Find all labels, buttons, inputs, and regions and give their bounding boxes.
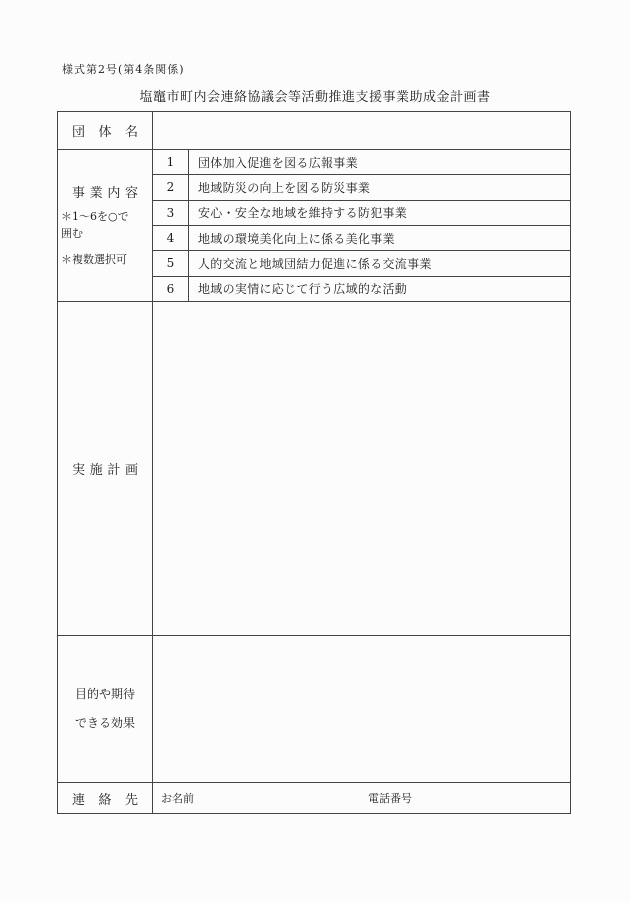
business-content-label-line: 事業内容	[58, 182, 152, 201]
implementation-plan-value-cell	[153, 302, 570, 635]
business-item-6-number: 6	[153, 277, 189, 301]
business-content-items: 1 団体加入促進を図る広報事業 2 地域防災の向上を図る防災事業 3 安心・安全…	[153, 150, 570, 301]
page-title: 塩竈市町内会連絡協議会等活動推進支援事業助成金計画書	[0, 86, 630, 105]
business-item-3-number: 3	[153, 201, 189, 225]
purpose-label-line2: できる効果	[75, 709, 135, 738]
business-content-note-circle-line2: 囲む	[58, 225, 152, 242]
business-item-2-number: 2	[153, 175, 189, 199]
contact-name-label: お名前	[161, 790, 194, 806]
group-name-row: 団体名	[58, 112, 570, 149]
contact-label: 連絡先	[72, 789, 138, 808]
group-name-label-cell: 団体名	[58, 112, 153, 149]
business-item-4: 4 地域の環境美化向上に係る美化事業	[153, 225, 570, 250]
business-item-6-text: 地域の実情に応じて行う広域的な活動	[189, 277, 570, 301]
purpose-value-cell	[153, 636, 570, 782]
contact-value-cell: お名前 電話番号	[153, 783, 570, 813]
business-item-5-text: 人的交流と地域団結力促進に係る交流事業	[189, 251, 570, 275]
purpose-row: 目的や期待 できる効果	[58, 635, 570, 782]
business-item-2: 2 地域防災の向上を図る防災事業	[153, 174, 570, 199]
business-item-6: 6 地域の実情に応じて行う広域的な活動	[153, 276, 570, 301]
implementation-plan-label: 実施計画	[72, 459, 138, 478]
business-content-label-cell: 事業内容 ＊1～6を○で 囲む ＊複数選択可	[58, 150, 153, 301]
business-item-4-number: 4	[153, 226, 189, 250]
business-item-1-text: 団体加入促進を図る広報事業	[189, 150, 570, 174]
purpose-label: 目的や期待 できる効果	[75, 680, 135, 738]
group-name-value-cell	[153, 112, 570, 149]
business-content-label: 事業内容	[72, 182, 138, 201]
form-number: 様式第2号(第4条関係)	[62, 61, 185, 77]
business-item-1: 1 団体加入促進を図る広報事業	[153, 150, 570, 174]
business-item-4-text: 地域の環境美化向上に係る美化事業	[189, 226, 570, 250]
contact-label-cell: 連絡先	[58, 783, 153, 813]
form-page: 様式第2号(第4条関係) 塩竈市町内会連絡協議会等活動推進支援事業助成金計画書 …	[0, 0, 630, 903]
business-item-1-number: 1	[153, 150, 189, 174]
application-form-table: 団体名 事業内容 ＊1～6を○で 囲む ＊複数選択可 1 団体加入促進を図る広報…	[57, 111, 571, 814]
implementation-plan-row: 実施計画	[58, 301, 570, 635]
business-content-note-multi-select: ＊複数選択可	[58, 251, 152, 268]
business-item-3: 3 安心・安全な地域を維持する防犯事業	[153, 200, 570, 225]
business-content-note-circle-line1: ＊1～6を○で	[58, 208, 152, 225]
contact-row: 連絡先 お名前 電話番号	[58, 782, 570, 813]
implementation-plan-label-cell: 実施計画	[58, 302, 153, 635]
contact-phone-label: 電話番号	[368, 790, 412, 806]
purpose-label-cell: 目的や期待 できる効果	[58, 636, 153, 782]
purpose-label-line1: 目的や期待	[75, 680, 135, 709]
business-item-5-number: 5	[153, 251, 189, 275]
business-content-row: 事業内容 ＊1～6を○で 囲む ＊複数選択可 1 団体加入促進を図る広報事業 2…	[58, 149, 570, 301]
business-item-3-text: 安心・安全な地域を維持する防犯事業	[189, 201, 570, 225]
business-item-5: 5 人的交流と地域団結力促進に係る交流事業	[153, 250, 570, 275]
group-name-label: 団体名	[72, 121, 138, 140]
business-item-2-text: 地域防災の向上を図る防災事業	[189, 175, 570, 199]
